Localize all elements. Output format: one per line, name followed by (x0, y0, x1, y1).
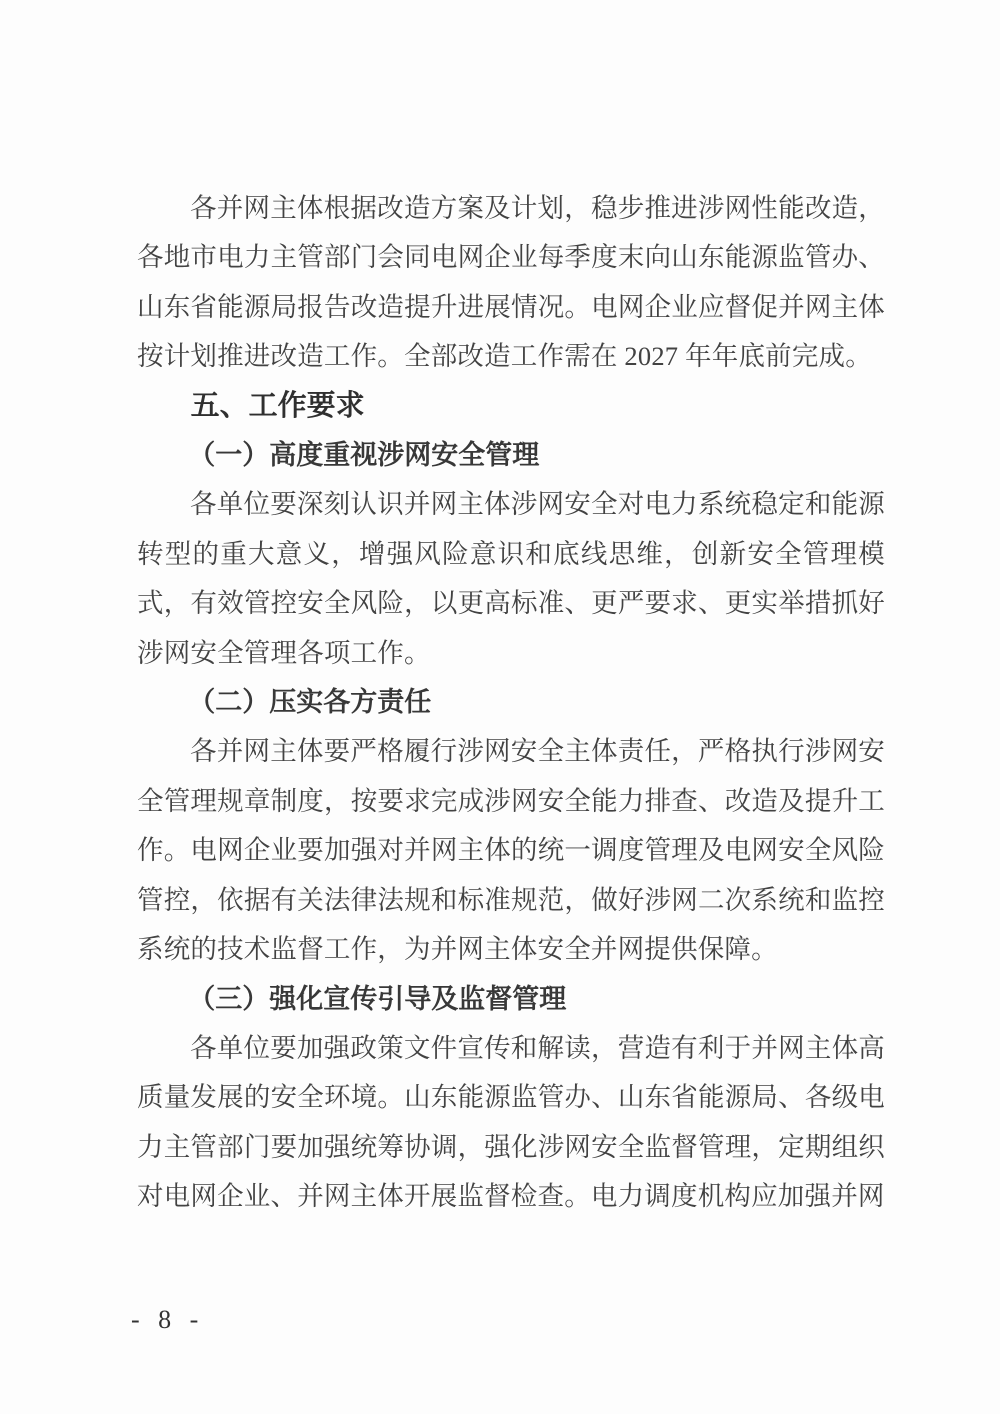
paragraph-subsection-2: 各并网主体要严格履行涉网安全主体责任，严格执行涉网安全管理规章制度，按要求完成涉… (137, 727, 885, 974)
page-number: - 8 - (131, 1305, 204, 1334)
subsection-heading-3: （三）强化宣传引导及监督管理 (137, 975, 885, 1024)
subsection-heading-1: （一）高度重视涉网安全管理 (137, 431, 885, 480)
paragraph-subsection-1: 各单位要深刻认识并网主体涉网安全对电力系统稳定和能源转型的重大意义，增强风险意识… (137, 480, 885, 678)
subsection-heading-2: （二）压实各方责任 (137, 678, 885, 727)
document-body: 各并网主体根据改造方案及计划，稳步推进涉网性能改造，各地市电力主管部门会同电网企… (137, 184, 885, 1222)
paragraph-subsection-3: 各单位要加强政策文件宣传和解读，营造有利于并网主体高质量发展的安全环境。山东能源… (137, 1024, 885, 1222)
document-page: 各并网主体根据改造方案及计划，稳步推进涉网性能改造，各地市电力主管部门会同电网企… (0, 0, 1000, 1414)
section-heading-work-requirements: 五、工作要求 (137, 382, 885, 431)
paragraph-renovation-plan: 各并网主体根据改造方案及计划，稳步推进涉网性能改造，各地市电力主管部门会同电网企… (137, 184, 885, 382)
page-footer: - 8 - (131, 1305, 204, 1335)
